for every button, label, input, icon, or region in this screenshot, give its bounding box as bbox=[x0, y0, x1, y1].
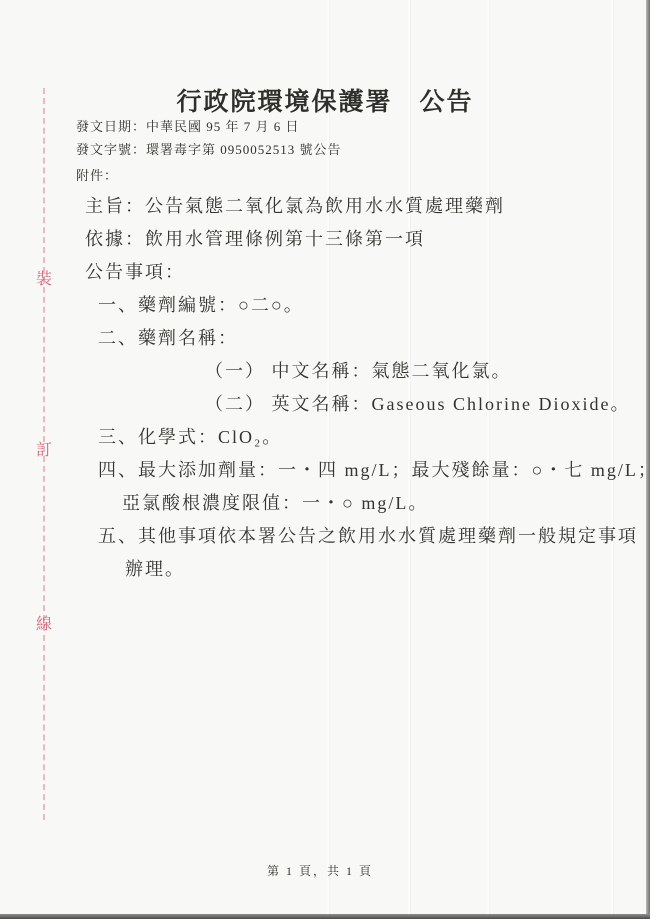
document-title: 行政院環境保護署 公告 bbox=[0, 82, 650, 118]
scan-edge-shadow-bottom bbox=[0, 914, 650, 919]
scan-edge-shadow-right bbox=[646, 0, 650, 919]
document-body: 主旨：公告氣態二氧化氯為飲用水水質處理藥劑 依據：飲用水管理條例第十三條第一項 … bbox=[0, 190, 650, 586]
item-1-line: 一、藥劑編號：○二○。 bbox=[0, 289, 650, 322]
page-number-footer: 第 1 頁，共 1 頁 bbox=[0, 862, 640, 879]
item-3-line: 三、化學式：ClO₂。 bbox=[0, 421, 650, 454]
basis-line: 依據：飲用水管理條例第十三條第一項 bbox=[0, 223, 650, 256]
item-4-continuation-line: 亞氯酸根濃度限值：一・○ mg/L。 bbox=[0, 487, 650, 520]
item-2-sub-2-line: （二） 英文名稱：Gaseous Chlorine Dioxide。 bbox=[0, 388, 650, 421]
issue-date-line: 發文日期：中華民國 95 年 7 月 6 日 bbox=[76, 116, 300, 135]
item-2-line: 二、藥劑名稱： bbox=[0, 322, 650, 355]
item-4-line: 四、最大添加劑量：一・四 mg/L；最大殘餘量：○・七 mg/L； bbox=[0, 454, 650, 487]
items-heading-line: 公告事項： bbox=[0, 256, 650, 289]
item-5-line: 五、其他事項依本署公告之飲用水水質處理藥劑一般規定事項 bbox=[0, 520, 650, 553]
item-5-continuation-line: 辦理。 bbox=[0, 553, 650, 586]
item-2-sub-1-line: （一） 中文名稱：氣態二氧化氯。 bbox=[0, 355, 650, 388]
attachment-line: 附件： bbox=[76, 165, 118, 184]
subject-line: 主旨：公告氣態二氧化氯為飲用水水質處理藥劑 bbox=[0, 190, 650, 223]
issue-number-line: 發文字號：環署毒字第 0950052513 號公告 bbox=[76, 139, 342, 158]
scanned-document-page: 裝 訂 線 行政院環境保護署 公告 發文日期：中華民國 95 年 7 月 6 日… bbox=[0, 0, 650, 919]
binding-label-xian: 線 bbox=[35, 616, 53, 634]
